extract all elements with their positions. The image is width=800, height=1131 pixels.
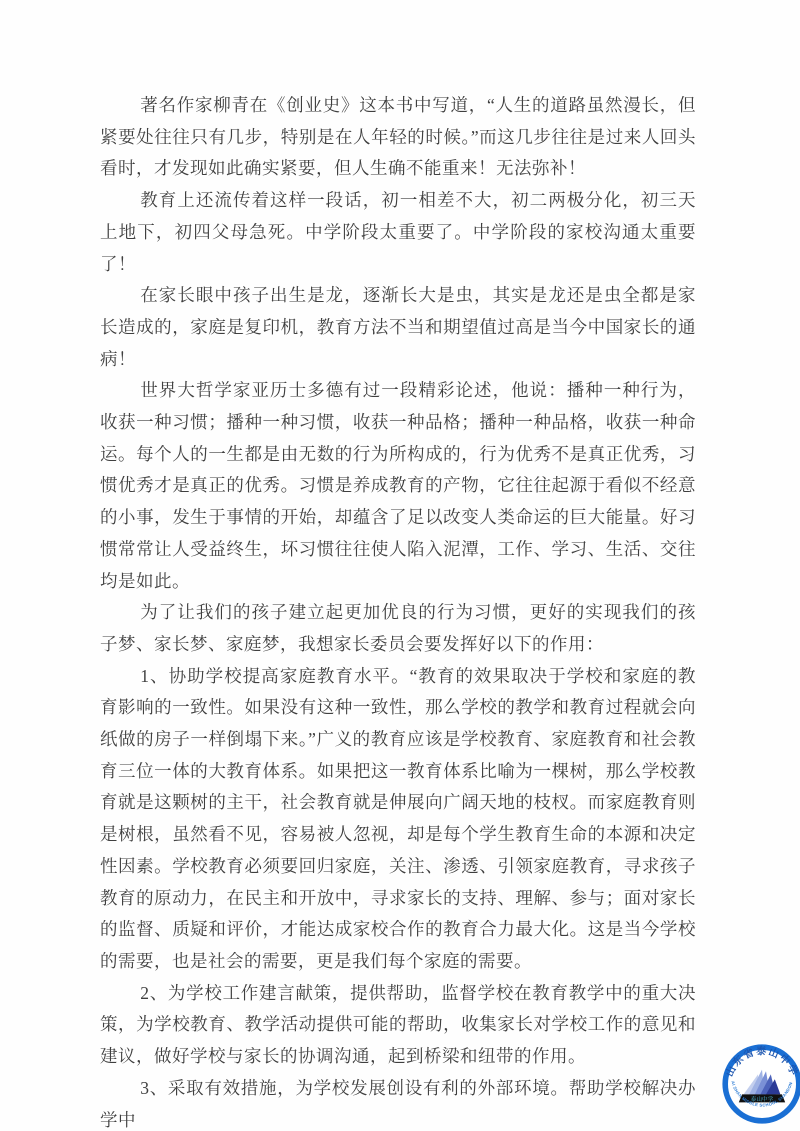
- paragraph-5: 为了让我们的孩子建立起更加优良的行为习惯，更好的实现我们的孩子梦、家长梦、家庭梦…: [100, 597, 696, 660]
- paragraph-1: 著名作家柳青在《创业史》这本书中写道，“人生的道路虽然漫长，但紧要处往往只有几步…: [100, 90, 696, 185]
- school-seal-logo: 山东省泰山中学 泰山中学 TAI SHAN MIDDLE SCHOOL SHAN…: [722, 1044, 800, 1124]
- paragraph-8: 3、采取有效措施，为学校发展创设有利的外部环境。帮助学校解决办学中: [100, 1073, 696, 1131]
- paragraph-3: 在家长眼中孩子出生是龙，逐渐长大是虫，其实是龙还是虫全都是家长造成的，家庭是复印…: [100, 280, 696, 375]
- paragraph-6: 1、协助学校提高家庭教育水平。“教育的效果取决于学校和家庭的教育影响的一致性。如…: [100, 661, 696, 978]
- paragraph-4: 世界大哲学家亚历士多德有过一段精彩论述，他说：播种一种行为，收获一种习惯；播种一…: [100, 375, 696, 597]
- document-page: 著名作家柳青在《创业史》这本书中写道，“人生的道路虽然漫长，但紧要处往往只有几步…: [0, 0, 800, 1131]
- document-body: 著名作家柳青在《创业史》这本书中写道，“人生的道路虽然漫长，但紧要处往往只有几步…: [100, 90, 696, 1131]
- paragraph-7: 2、为学校工作建言献策，提供帮助，监督学校在教育教学中的重大决策，为学校教育、教…: [100, 978, 696, 1073]
- paragraph-2: 教育上还流传着这样一段话，初一相差不大，初二两极分化，初三天上地下，初四父母急死…: [100, 185, 696, 280]
